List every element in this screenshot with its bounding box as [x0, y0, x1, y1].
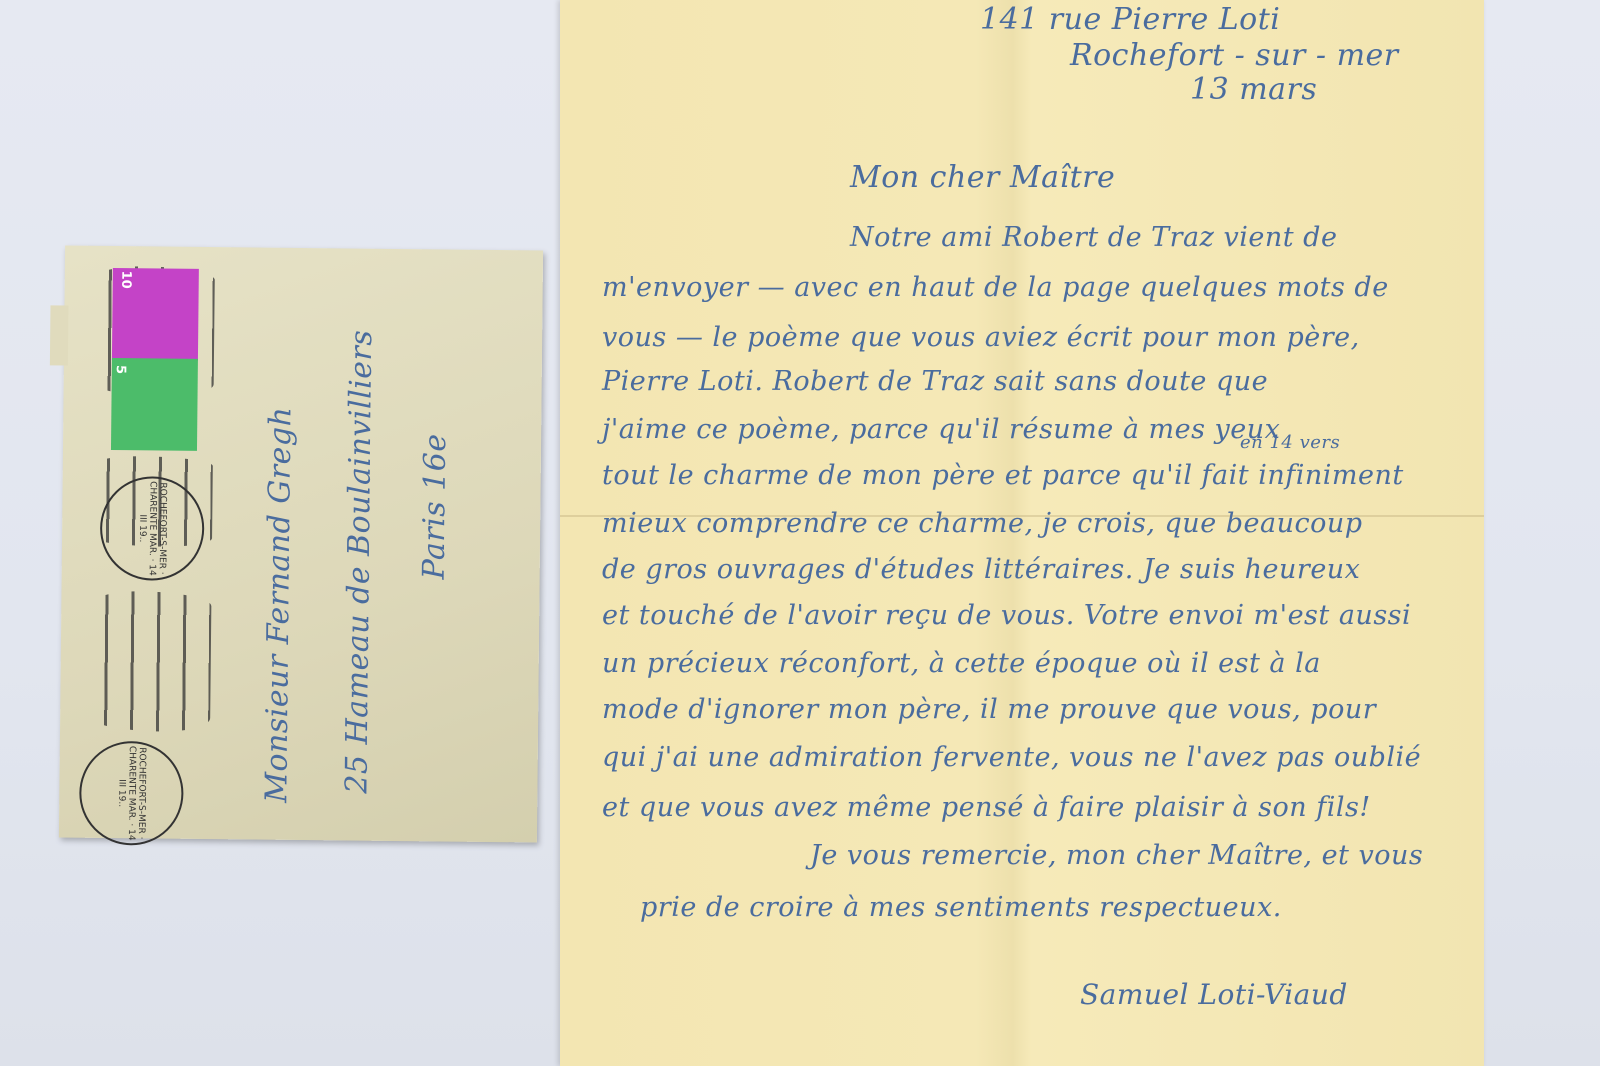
- body-line: m'envoyer — avec en haut de la page quel…: [602, 272, 1389, 303]
- body-line: j'aime ce poème, parce qu'il résume à me…: [602, 414, 1280, 445]
- body-line: un précieux réconfort, à cette époque où…: [602, 648, 1321, 679]
- letter-address-line2: Rochefort - sur - mer: [1070, 38, 1399, 73]
- stamp-green: 5: [111, 358, 198, 451]
- letter: 141 rue Pierre Loti Rochefort - sur - me…: [560, 0, 1484, 1066]
- body-line: mode d'ignorer mon père, il me prouve qu…: [602, 694, 1376, 725]
- closing-line: Je vous remercie, mon cher Maître, et vo…: [810, 840, 1423, 871]
- body-line: et touché de l'avoir reçu de vous. Votre…: [602, 600, 1411, 631]
- body-line: Pierre Loti. Robert de Traz sait sans do…: [602, 366, 1268, 397]
- signature: Samuel Loti-Viaud: [1080, 978, 1348, 1011]
- body-line: de gros ouvrages d'études littéraires. J…: [602, 554, 1360, 585]
- envelope-address-line: 25 Hameau de Boulainvilliers: [339, 330, 379, 794]
- letter-date: 13 mars: [1190, 72, 1317, 107]
- postmark: ROCHEFORT-S-MER · CHARENTE MAR. · 14 III…: [100, 476, 205, 581]
- body-line: et que vous avez même pensé à faire plai…: [602, 792, 1371, 823]
- stamp-purple: 10: [112, 268, 199, 361]
- closing-line: prie de croire à mes sentiments respectu…: [640, 892, 1282, 923]
- envelope-address-line: Paris 16e: [417, 433, 454, 579]
- envelope-address-line: Monsieur Fernand Gregh: [259, 406, 298, 803]
- body-line: Notre ami Robert de Traz vient de: [850, 222, 1337, 253]
- body-line: qui j'ai une admiration fervente, vous n…: [602, 742, 1421, 773]
- insertion-note: en 14 vers: [1240, 432, 1340, 453]
- body-line: tout le charme de mon père et parce qu'i…: [602, 460, 1404, 491]
- envelope: 10 5 ROCHEFORT-S-MER · CHARENTE MAR. · 1…: [59, 246, 543, 843]
- body-line: vous — le poème que vous aviez écrit pou…: [602, 322, 1360, 353]
- letter-address-line1: 141 rue Pierre Loti: [980, 2, 1280, 37]
- postmark: ROCHEFORT-S-MER · CHARENTE MAR. · 14 III…: [79, 741, 184, 846]
- body-line: mieux comprendre ce charme, je crois, qu…: [602, 508, 1363, 539]
- cancellation-wavy-lines: [90, 591, 211, 732]
- salutation: Mon cher Maître: [850, 160, 1115, 195]
